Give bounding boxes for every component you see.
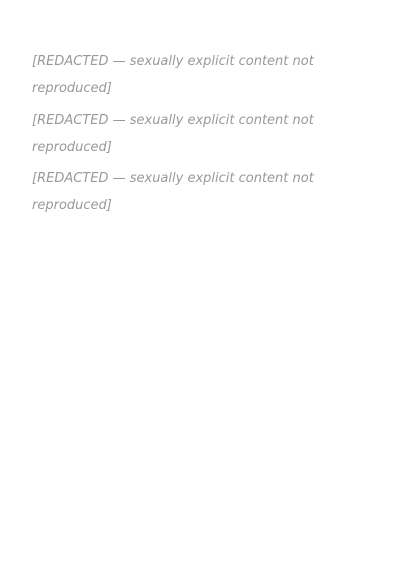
paragraph: [REDACTED — sexually explicit content no… — [32, 165, 367, 220]
paragraph: [REDACTED — sexually explicit content no… — [32, 48, 367, 103]
document-page: [REDACTED — sexually explicit content no… — [0, 0, 399, 565]
paragraph: [REDACTED — sexually explicit content no… — [32, 107, 367, 162]
